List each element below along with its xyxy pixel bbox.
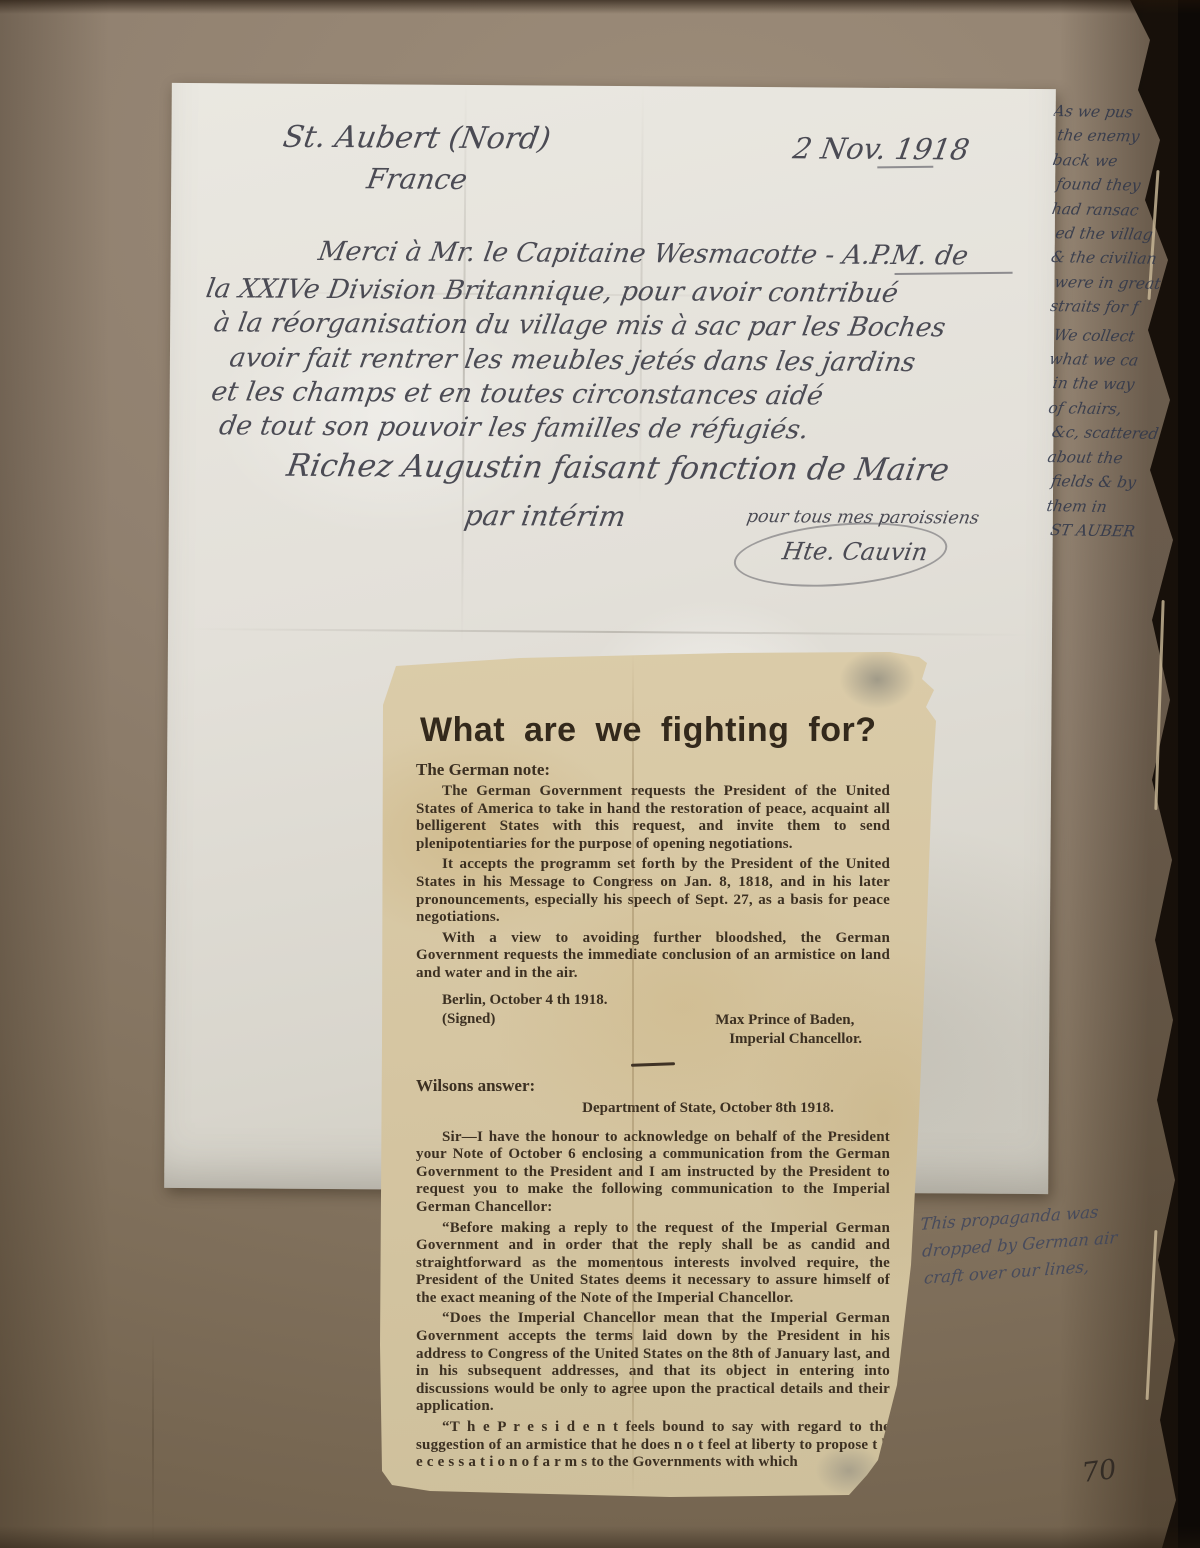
board-crease [152, 1330, 154, 1548]
margin-note-line: ST AUBER [1048, 518, 1162, 544]
margin-note-line: ed the villag [1054, 221, 1168, 247]
margin-note-line: found they [1054, 172, 1167, 198]
margin-note-line: in the way [1051, 372, 1165, 398]
letter-body-line: Merci à Mr. le Capitaine Wesmacotte - A.… [316, 236, 970, 271]
leaflet-fold-crease [632, 653, 634, 1497]
signer-block: Max Prince of Baden, Imperial Chancellor… [715, 1011, 862, 1049]
margin-note-line: what we ca [1047, 347, 1165, 373]
letter-date: 2 Nov. 1918 [791, 131, 972, 166]
margin-note-line: about the [1046, 445, 1163, 471]
margin-note-line: back we [1051, 148, 1168, 174]
margin-note-line: As we pus [1052, 99, 1168, 125]
letter-body-line: avoir fait rentrer les meubles jetés dan… [227, 342, 917, 378]
margin-note-line: had ransac [1050, 197, 1168, 223]
german-note-paragraph: With a view to avoiding further bloodshe… [416, 930, 890, 983]
left-edge-shadow [0, 0, 110, 1548]
margin-note-line: were in great [1053, 270, 1167, 296]
body-line-dash [895, 272, 1013, 275]
margin-note-line: the enemy [1055, 124, 1168, 150]
scrapbook-page-photo: St. Aubert (Nord) France 2 Nov. 1918 Mer… [0, 0, 1200, 1548]
letter-body-line: et les champs et en toutes circonstances… [209, 376, 825, 411]
signed-label: (Signed) [442, 1011, 495, 1049]
bottom-edge-shadow [0, 1526, 1200, 1548]
propaganda-leaflet: What are we fighting for? The German not… [370, 645, 940, 1505]
margin-note-line: them in [1046, 494, 1163, 520]
letter-body-line: la XXIVe Division Britannique, pour avoi… [204, 273, 900, 309]
wilson-paragraph: “T h e P r e s i d e n t feels bound to … [416, 1419, 890, 1472]
page-number: 70 [1080, 1454, 1118, 1489]
letter-signature-line2: par intérim [462, 499, 628, 533]
wilson-paragraph: “Does the Imperial Chancellor mean that … [416, 1310, 890, 1416]
section-divider [631, 1062, 675, 1067]
letter-place-line1: St. Aubert (Nord) [281, 120, 554, 157]
letter-place-line2: France [364, 162, 469, 196]
german-note-paragraph: It accepts the programm set forth by the… [416, 856, 890, 926]
letter-fold-crease [188, 628, 1028, 636]
letter-body-line: à la réorganisation du village mis à sac… [212, 307, 948, 343]
margin-note-line: & the civilian [1049, 245, 1167, 271]
margin-note-line: We collect [1052, 323, 1166, 349]
margin-note-line: straits for f [1048, 294, 1166, 320]
letter-signature-line1: Richez Augustin faisant fonction de Mair… [284, 448, 952, 489]
signer-name: Max Prince of Baden, [715, 1011, 862, 1030]
margin-note-top: As we pus the enemy back we found they h… [1046, 99, 1168, 545]
date-underline [877, 166, 933, 168]
german-note-paragraph: The German Government requests the Presi… [416, 783, 890, 853]
wilson-paragraph: Sir—I have the honour to acknowledge on … [416, 1129, 890, 1217]
wilsons-answer-heading: Wilsons answer: [416, 1076, 890, 1096]
margin-note-line: fields & by [1049, 469, 1163, 495]
wilson-paragraph: “Before making a reply to the request of… [416, 1220, 890, 1308]
signature-row: (Signed) Max Prince of Baden, Imperial C… [442, 1011, 880, 1049]
berlin-dateline: Berlin, October 4 th 1918. [442, 992, 890, 1009]
margin-note-line: &c, scattered [1050, 420, 1164, 446]
top-edge-shadow [0, 0, 1200, 14]
leaflet-title: What are we fighting for? [420, 711, 890, 750]
department-dateline: Department of State, October 8th 1918. [416, 1100, 890, 1117]
signer-title: Imperial Chancellor. [729, 1030, 862, 1049]
letter-body-line: de tout son pouvoir les familles de réfu… [217, 410, 811, 445]
german-note-heading: The German note: [416, 760, 890, 780]
margin-note-line: of chairs, [1047, 396, 1165, 422]
